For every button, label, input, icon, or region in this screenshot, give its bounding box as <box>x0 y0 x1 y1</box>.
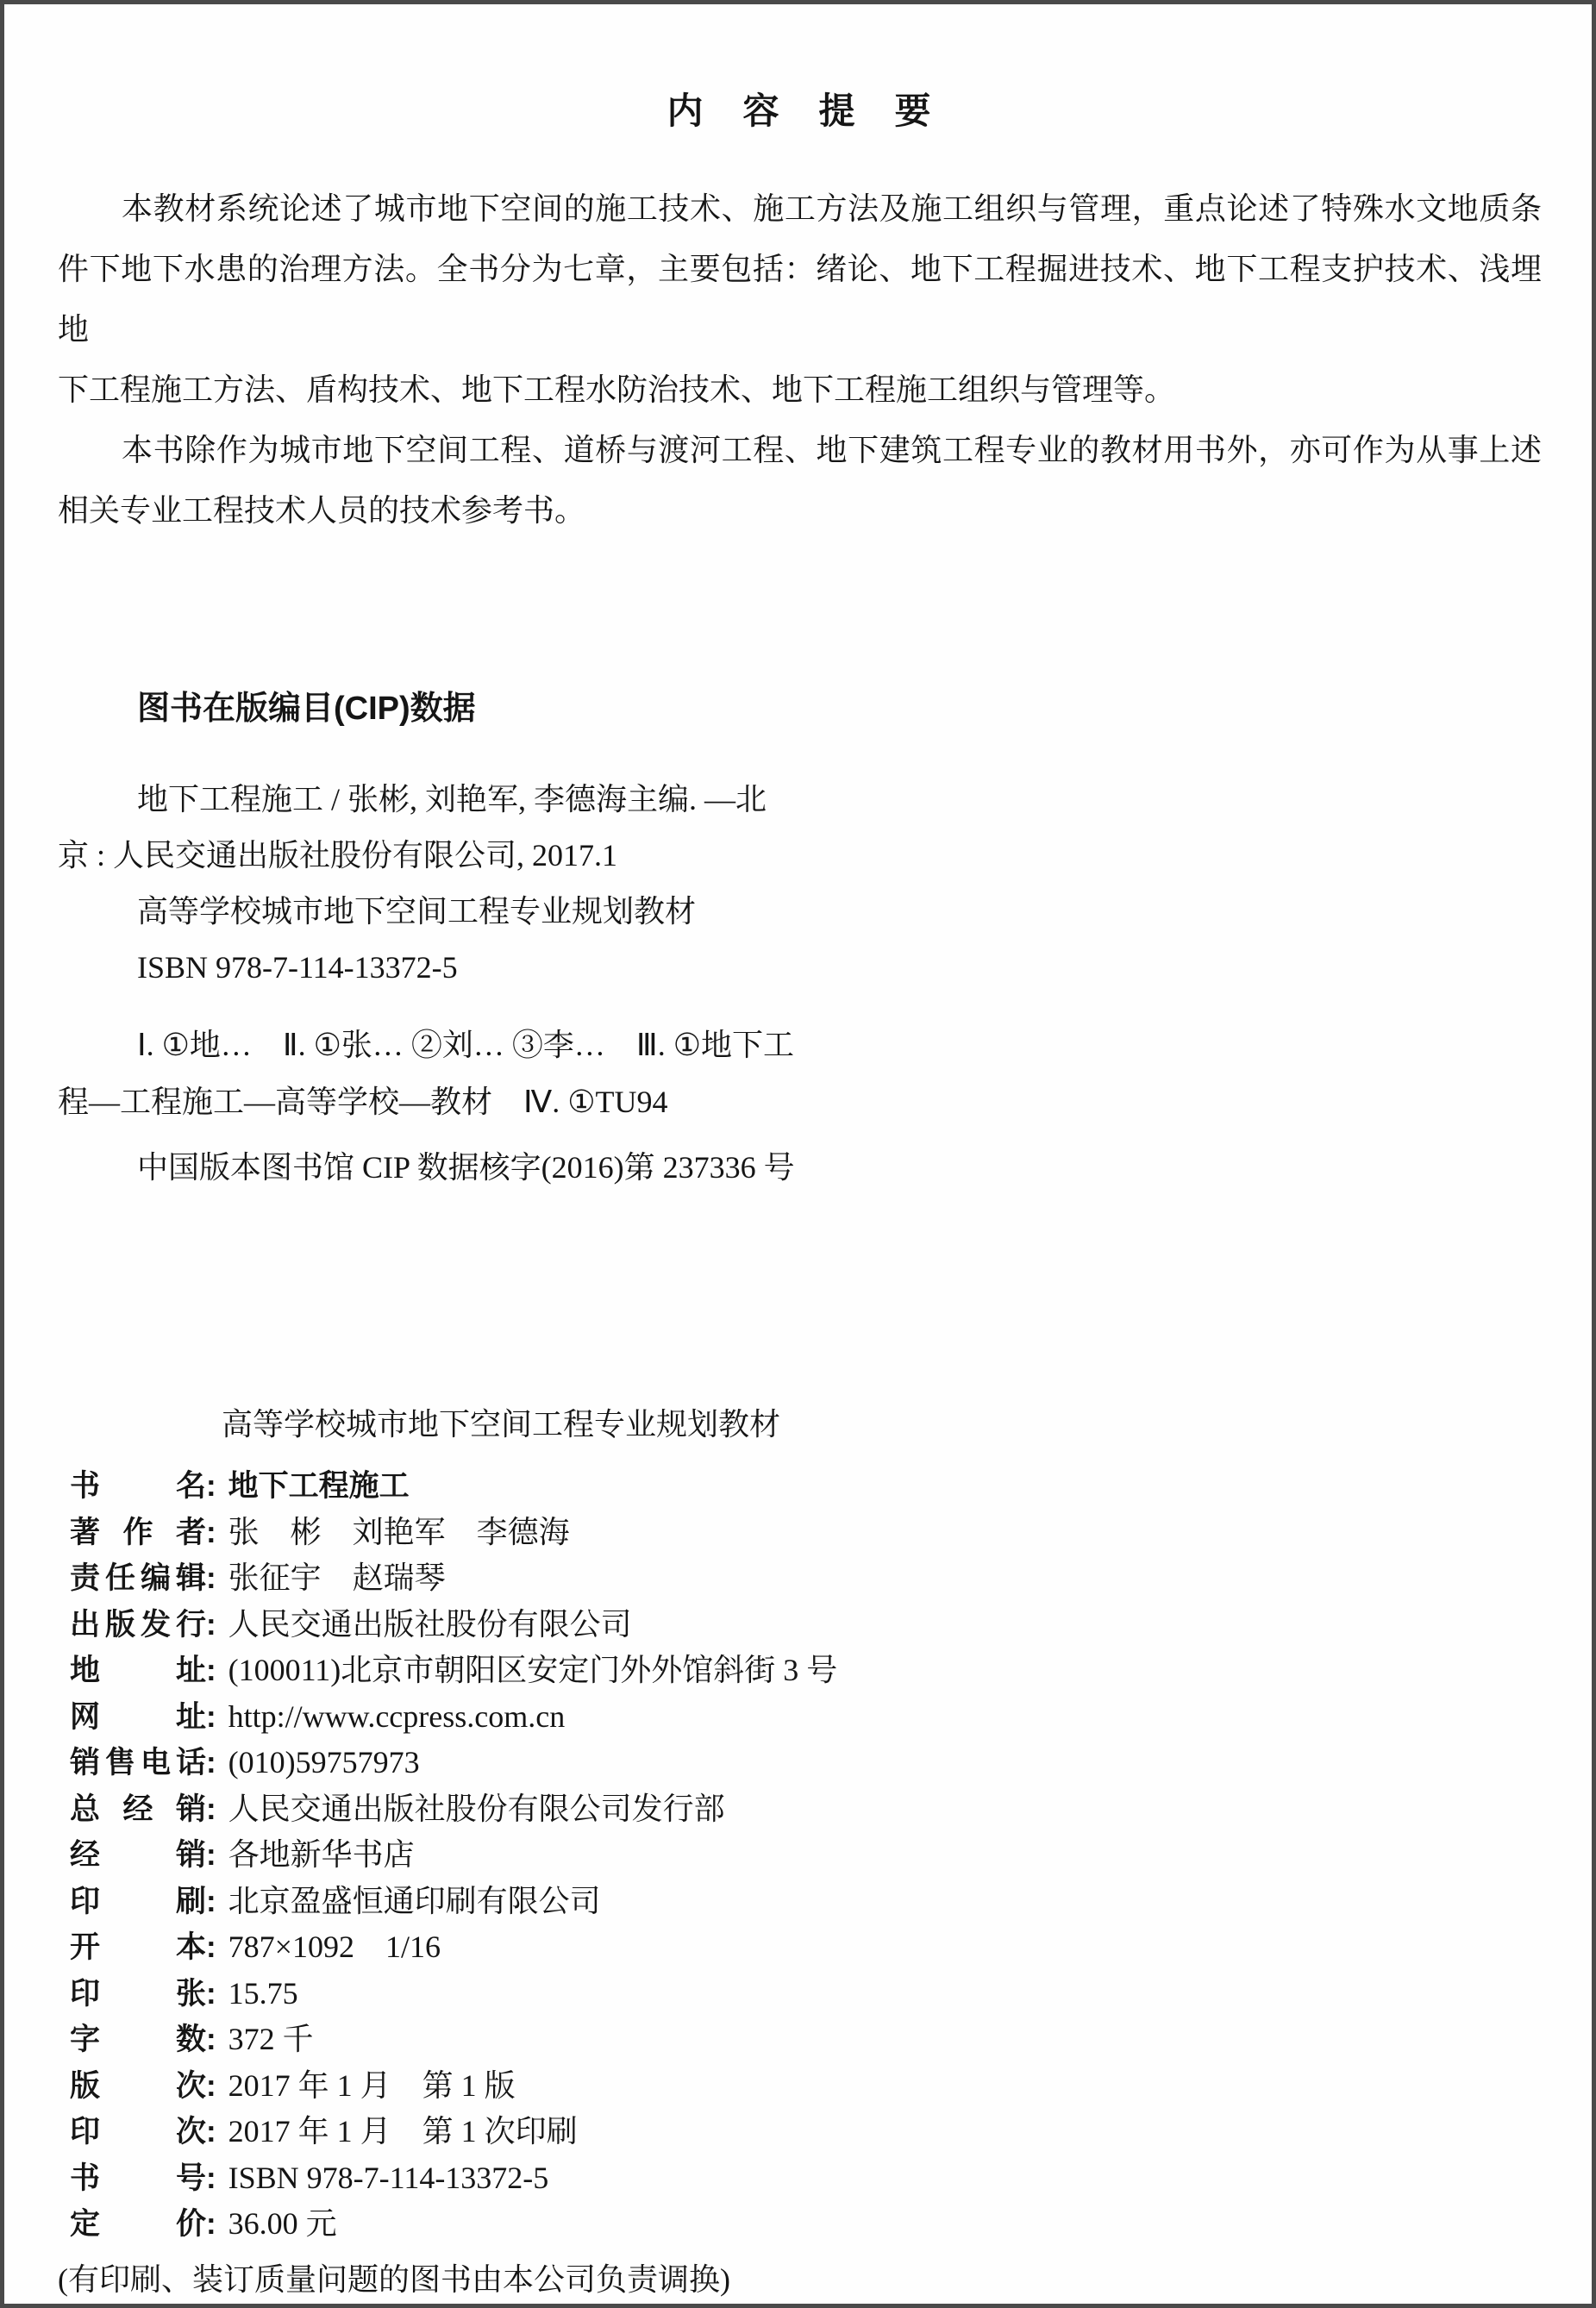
row-label: 网址 <box>70 1694 206 1741</box>
row-label: 书名 <box>70 1463 206 1510</box>
colophon-row: 书号:ISBN 978-7-114-13372-5 <box>70 2155 1542 2202</box>
row-colon: : <box>206 1648 216 1694</box>
summary-line: 本教材系统论述了城市地下空间的施工技术、施工方法及施工组织与管理，重点论述了特殊… <box>58 178 1542 239</box>
row-value: 人民交通出版社股份有限公司发行部 <box>228 1786 725 1833</box>
row-value: 2017 年 1 月 第 1 版 <box>228 2063 516 2110</box>
row-colon: : <box>206 1740 216 1786</box>
row-value: (010)59757973 <box>228 1740 420 1786</box>
row-colon: : <box>206 1924 216 1971</box>
row-value: (100011)北京市朝阳区安定门外外馆斜街 3 号 <box>228 1648 838 1694</box>
row-label: 印刷 <box>70 1879 206 1925</box>
row-label: 地址 <box>70 1648 206 1694</box>
colophon-row: 字数:372 千 <box>70 2017 1542 2063</box>
row-colon: : <box>206 2155 216 2202</box>
cip-record: 地下工程施工 / 张彬, 刘艳军, 李德海主编. —北 京 : 人民交通出版社股… <box>58 772 1542 996</box>
summary-line: 相关专业工程技术人员的技术参考书。 <box>58 480 1542 541</box>
cip-registry-line: 中国版本图书馆 CIP 数据核字(2016)第 237336 号 <box>58 1148 1542 1187</box>
row-label: 版次 <box>70 2063 206 2110</box>
row-colon: : <box>206 1602 216 1648</box>
row-value: http://www.ccpress.com.cn <box>228 1694 566 1741</box>
row-colon: : <box>206 1694 216 1741</box>
row-label: 销售电话 <box>70 1740 206 1786</box>
colophon-row: 出版发行:人民交通出版社股份有限公司 <box>70 1602 1542 1648</box>
row-colon: : <box>206 1879 216 1925</box>
colophon-row: 销售电话:(010)59757973 <box>70 1740 1542 1786</box>
cip-classification: Ⅰ. ①地… Ⅱ. ①张… ②刘… ③李… Ⅲ. ①地下工 程—工程施工—高等学… <box>58 1016 1542 1130</box>
summary-line: 件下地下水患的治理方法。全书分为七章，主要包括：绪论、地下工程掘进技术、地下工程… <box>58 239 1542 360</box>
row-label: 印次 <box>70 2109 206 2155</box>
colophon-row: 书名:地下工程施工 <box>70 1463 1542 1510</box>
row-label: 字数 <box>70 2017 206 2063</box>
row-value: 人民交通出版社股份有限公司 <box>228 1602 632 1648</box>
summary-line: 下工程施工方法、盾构技术、地下工程水防治技术、地下工程施工组织与管理等。 <box>58 360 1542 420</box>
colophon-row: 印次:2017 年 1 月 第 1 次印刷 <box>70 2109 1542 2155</box>
cip-isbn-line: ISBN 978-7-114-13372-5 <box>58 940 1542 996</box>
summary-line: 本书除作为城市地下空间工程、道桥与渡河工程、地下建筑工程专业的教材用书外，亦可作… <box>58 420 1542 480</box>
colophon-row: 地址:(100011)北京市朝阳区安定门外外馆斜街 3 号 <box>70 1648 1542 1694</box>
row-value: 各地新华书店 <box>228 1832 415 1879</box>
row-colon: : <box>206 1832 216 1879</box>
row-label: 出版发行 <box>70 1602 206 1648</box>
row-colon: : <box>206 2063 216 2110</box>
row-colon: : <box>206 2109 216 2155</box>
row-value: ISBN 978-7-114-13372-5 <box>228 2155 549 2202</box>
colophon-row: 著作者:张 彬 刘艳军 李德海 <box>70 1510 1542 1556</box>
cip-classification-line: Ⅰ. ①地… Ⅱ. ①张… ②刘… ③李… Ⅲ. ①地下工 <box>58 1016 1542 1073</box>
colophon-series-line: 高等学校城市地下空间工程专业规划教材 <box>222 1404 1542 1444</box>
row-colon: : <box>206 2017 216 2063</box>
row-colon: : <box>206 1510 216 1556</box>
row-value: 36.00 元 <box>228 2201 337 2248</box>
cip-heading: 图书在版编目(CIP)数据 <box>137 689 1542 729</box>
page-title: 内 容 提 要 <box>58 89 1542 134</box>
row-value: 787×1092 1/16 <box>228 1924 441 1971</box>
cip-record-line: 地下工程施工 / 张彬, 刘艳军, 李德海主编. —北 <box>58 772 1542 828</box>
book-copyright-page: 内 容 提 要 本教材系统论述了城市地下空间的施工技术、施工方法及施工组织与管理… <box>0 0 1596 2308</box>
row-label: 印张 <box>70 1971 206 2017</box>
colophon-row: 版次:2017 年 1 月 第 1 版 <box>70 2063 1542 2110</box>
cip-series-line: 高等学校城市地下空间工程专业规划教材 <box>58 884 1542 940</box>
row-colon: : <box>206 1786 216 1833</box>
row-value: 2017 年 1 月 第 1 次印刷 <box>228 2109 578 2155</box>
colophon-row: 印张:15.75 <box>70 1971 1542 2017</box>
row-label: 书号 <box>70 2155 206 2202</box>
row-value: 15.75 <box>228 1971 298 2017</box>
quality-note: (有印刷、装订质量问题的图书由本公司负责调换) <box>58 2260 1542 2299</box>
row-value: 张征宇 赵瑞琴 <box>228 1555 446 1602</box>
row-value: 北京盈盛恒通印刷有限公司 <box>228 1879 601 1925</box>
cip-data-section: 图书在版编目(CIP)数据 地下工程施工 / 张彬, 刘艳军, 李德海主编. —… <box>58 689 1542 1187</box>
content-summary: 本教材系统论述了城市地下空间的施工技术、施工方法及施工组织与管理，重点论述了特殊… <box>58 178 1542 541</box>
row-value: 372 千 <box>228 2017 314 2063</box>
row-value: 地下工程施工 <box>228 1463 410 1510</box>
row-label: 开本 <box>70 1924 206 1971</box>
colophon-section: 高等学校城市地下空间工程专业规划教材 书名:地下工程施工 著作者:张 彬 刘艳军… <box>58 1404 1542 2299</box>
row-colon: : <box>206 1971 216 2017</box>
colophon-row: 经销:各地新华书店 <box>70 1832 1542 1879</box>
row-colon: : <box>206 1555 216 1602</box>
colophon-rows: 书名:地下工程施工 著作者:张 彬 刘艳军 李德海 责任编辑:张征宇 赵瑞琴 出… <box>70 1463 1542 2248</box>
colophon-row: 定价:36.00 元 <box>70 2201 1542 2248</box>
row-label: 定价 <box>70 2201 206 2248</box>
row-value: 张 彬 刘艳军 李德海 <box>228 1510 570 1556</box>
cip-classification-line: 程—工程施工—高等学校—教材 Ⅳ. ①TU94 <box>58 1073 1542 1130</box>
colophon-row: 印刷:北京盈盛恒通印刷有限公司 <box>70 1879 1542 1925</box>
row-label: 责任编辑 <box>70 1555 206 1602</box>
row-label: 总经销 <box>70 1786 206 1833</box>
colophon-row: 总经销:人民交通出版社股份有限公司发行部 <box>70 1786 1542 1833</box>
row-label: 经销 <box>70 1832 206 1879</box>
colophon-row: 开本:787×1092 1/16 <box>70 1924 1542 1971</box>
row-label: 著作者 <box>70 1510 206 1556</box>
row-colon: : <box>206 1463 216 1510</box>
colophon-row: 网址:http://www.ccpress.com.cn <box>70 1694 1542 1741</box>
row-colon: : <box>206 2201 216 2248</box>
colophon-row: 责任编辑:张征宇 赵瑞琴 <box>70 1555 1542 1602</box>
cip-record-line: 京 : 人民交通出版社股份有限公司, 2017.1 <box>58 828 1542 884</box>
